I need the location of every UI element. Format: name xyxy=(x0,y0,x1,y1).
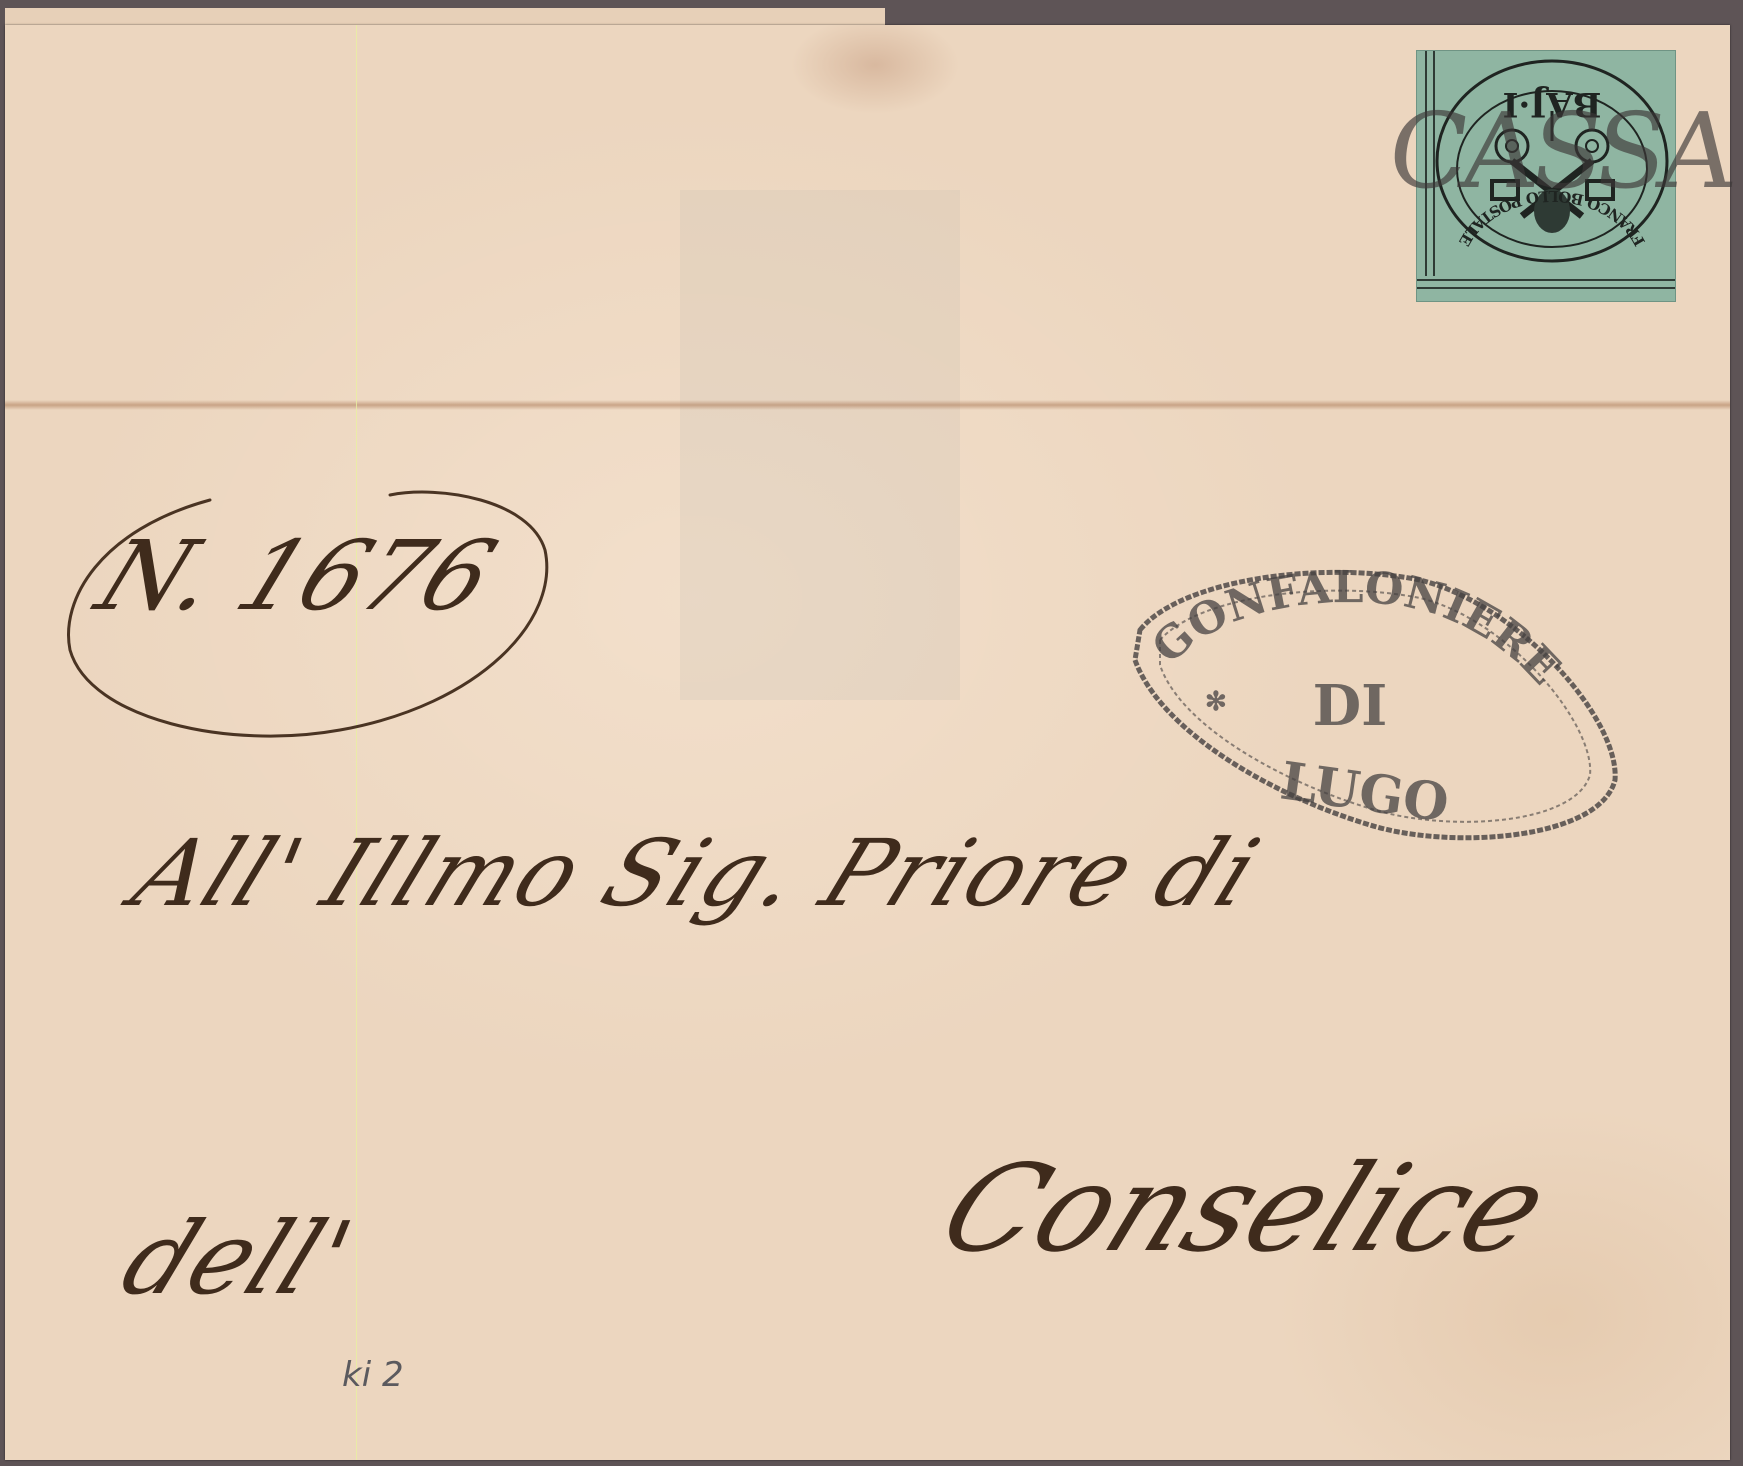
svg-text:DI: DI xyxy=(1313,673,1388,739)
cancel-mark: CASSA xyxy=(1382,90,1743,200)
address-line: All' Illmo Sig. Priore di xyxy=(118,820,1275,927)
reference-number: N. 1676 xyxy=(82,520,510,632)
gonfaloniere-handstamp: GONFALONIERE DI LUGO ✻ xyxy=(1120,560,1640,860)
fold-crease xyxy=(5,400,1730,410)
show-through-shadow xyxy=(680,190,960,700)
pencil-note: ki 2 xyxy=(342,1355,404,1395)
svg-text:✻: ✻ xyxy=(1205,687,1227,717)
svg-text:LUGO: LUGO xyxy=(1277,751,1453,835)
letter-scan: BAJ·I FRANCO BOLLO POSTALE CASSA N. 1676 xyxy=(0,0,1743,1466)
destination-name: Conselice xyxy=(922,1140,1567,1279)
